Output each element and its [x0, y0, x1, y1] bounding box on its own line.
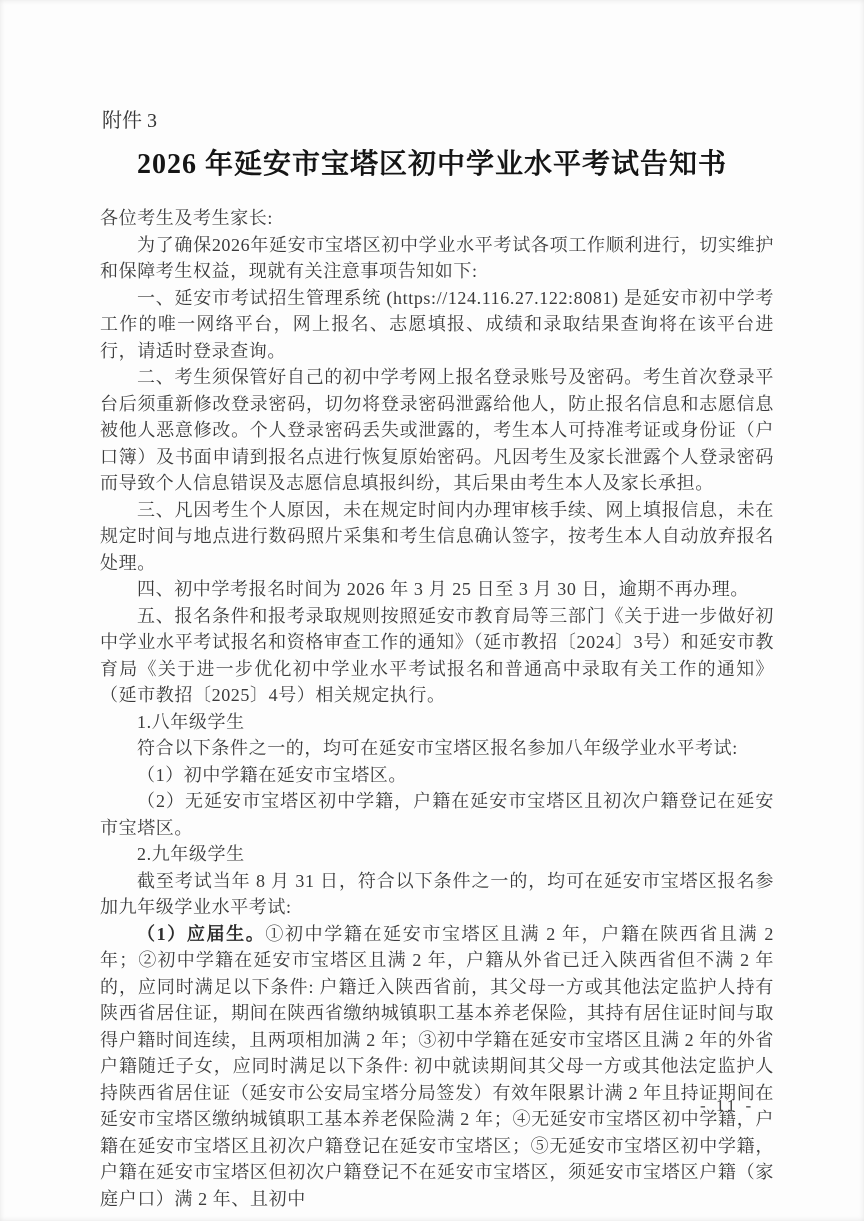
paragraph-lead: （1）应届生。 — [137, 924, 265, 944]
paragraph: 三、凡因考生个人原因，未在规定时间内办理审核手续、网上填报信息，未在规定时间与地… — [100, 497, 774, 577]
document-page: 附件 3 2026 年延安市宝塔区初中学业水平考试告知书 各位考生及考生家长: … — [0, 0, 864, 1221]
paragraph: 截至考试当年 8 月 31 日，符合以下条件之一的，均可在延安市宝塔区报名参加九… — [100, 868, 774, 921]
paragraph: （1）应届生。①初中学籍在延安市宝塔区且满 2 年，户籍在陕西省且满 2 年；②… — [100, 921, 774, 1213]
paragraph: 一、延安市考试招生管理系统 (https://124.116.27.122:80… — [100, 285, 774, 365]
paragraph: 五、报名条件和报考录取规则按照延安市教育局等三部门《关于进一步做好初中学业水平考… — [100, 603, 774, 709]
document-body: 各位考生及考生家长: 为了确保2026年延安市宝塔区初中学业水平考试各项工作顺利… — [100, 205, 774, 1212]
paragraph: 1.八年级学生 — [100, 709, 774, 736]
paragraph: 符合以下条件之一的，均可在延安市宝塔区报名参加八年级学业水平考试: — [100, 735, 774, 762]
salutation: 各位考生及考生家长: — [100, 205, 774, 232]
paragraph: （2）无延安市宝塔区初中学籍，户籍在延安市宝塔区且初次户籍登记在延安市宝塔区。 — [100, 788, 774, 841]
paragraph: 为了确保2026年延安市宝塔区初中学业水平考试各项工作顺利进行，切实维护和保障考… — [100, 232, 774, 285]
paragraph: 2.九年级学生 — [100, 841, 774, 868]
paragraph: 四、初中学考报名时间为 2026 年 3 月 25 日至 3 月 30 日，逾期… — [100, 576, 774, 603]
page-title: 2026 年延安市宝塔区初中学业水平考试告知书 — [0, 142, 864, 182]
paragraph: （1）初中学籍在延安市宝塔区。 — [100, 762, 774, 789]
paragraph: 二、考生须保管好自己的初中学考网上报名登录账号及密码。考生首次登录平台后须重新修… — [100, 364, 774, 497]
attachment-label: 附件 3 — [102, 104, 157, 133]
page-number: - 11 - — [700, 1096, 754, 1116]
